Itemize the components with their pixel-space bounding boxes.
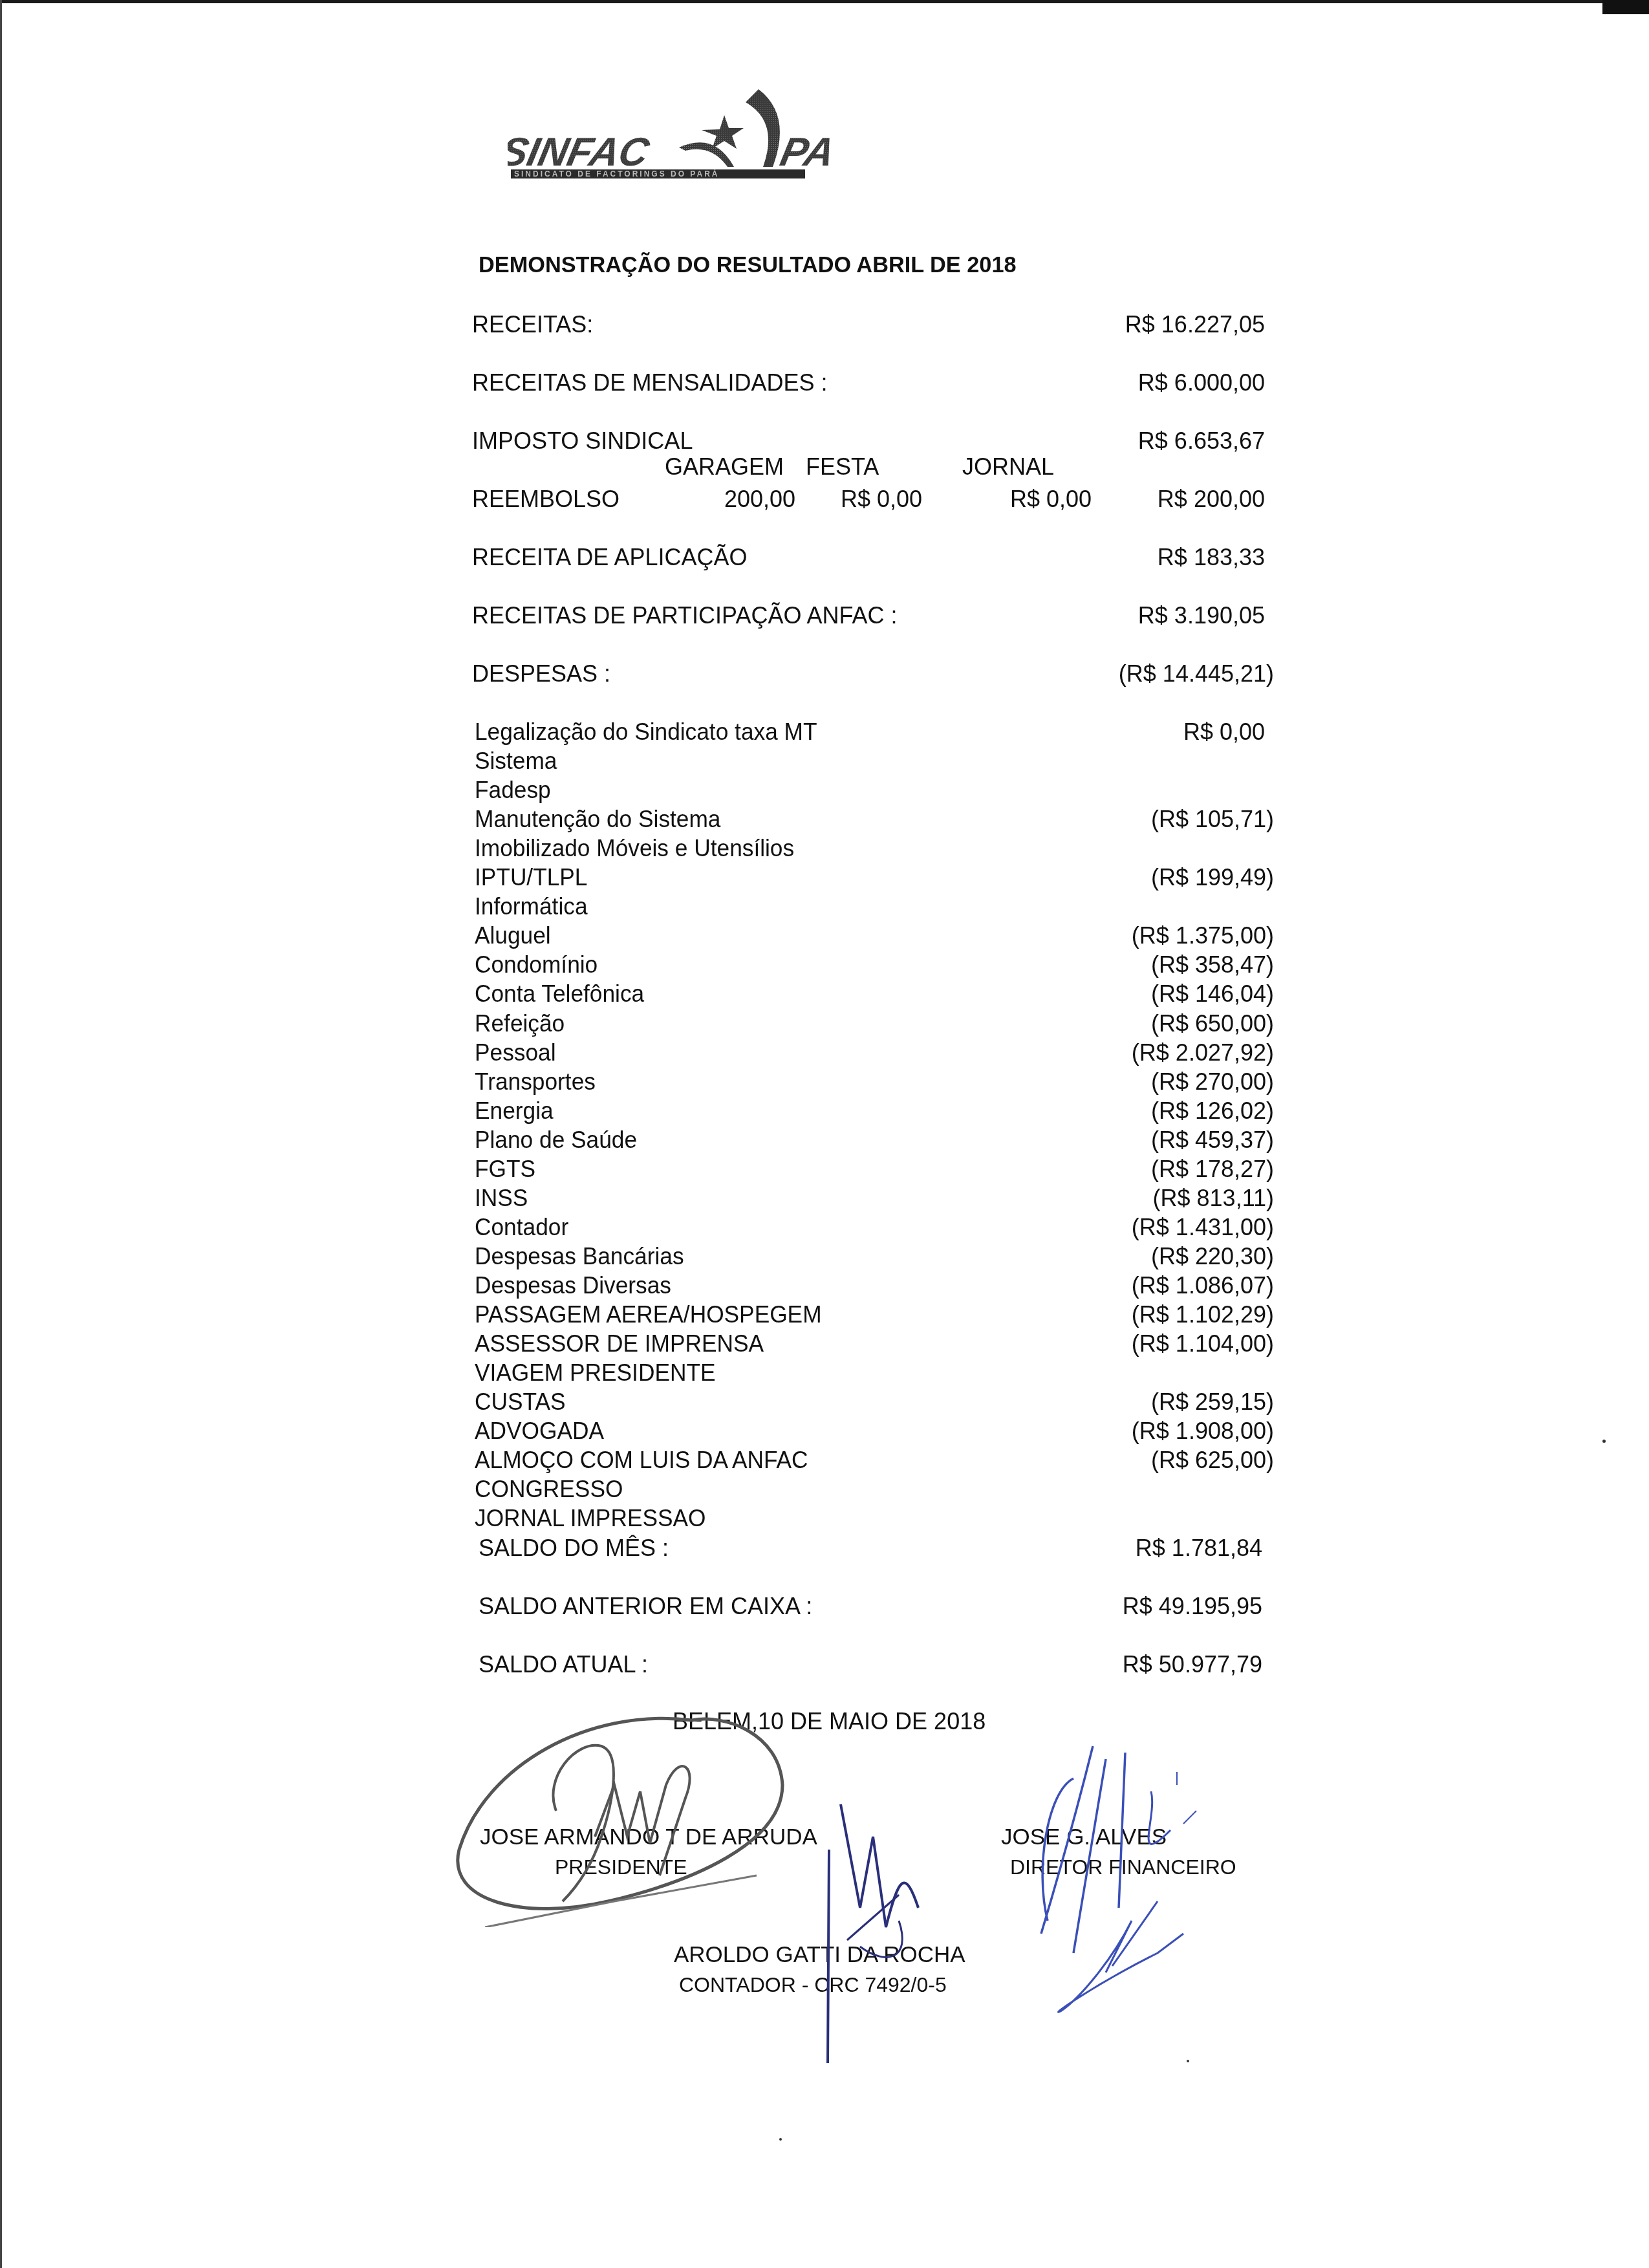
row-label: SALDO ATUAL : (479, 1650, 648, 1679)
expense-value: (R$ 126,02) (1151, 1097, 1274, 1125)
accountant-name: AROLDO GATTI DA ROCHA (674, 1941, 965, 1969)
expense-label: Fadesp (475, 776, 551, 805)
logo-suffix: PA (777, 130, 839, 175)
expense-value: (R$ 146,04) (1151, 980, 1274, 1008)
row-value: R$ 16.227,05 (1125, 310, 1265, 339)
expense-value: (R$ 1.086,07) (1132, 1271, 1274, 1300)
expense-label: IPTU/TLPL (475, 863, 588, 892)
expense-row: IPTU/TLPL(R$ 199,49) (475, 863, 1277, 892)
expense-row: Pessoal(R$ 2.027,92) (475, 1039, 1277, 1067)
expense-label: Despesas Bancárias (475, 1242, 684, 1271)
expense-row: ASSESSOR DE IMPRENSA(R$ 1.104,00) (475, 1330, 1277, 1358)
expense-label: Transportes (475, 1068, 596, 1096)
president-role: PRESIDENTE (555, 1853, 687, 1881)
scan-edge-corner (1602, 0, 1649, 14)
expense-label: Refeição (475, 1010, 565, 1038)
expense-row: Manutenção do Sistema(R$ 105,71) (475, 805, 1277, 834)
row-label: DESPESAS : (472, 660, 610, 688)
scan-edge-top (0, 0, 1649, 3)
expense-value: (R$ 178,27) (1151, 1155, 1274, 1183)
expense-row: Energia(R$ 126,02) (475, 1097, 1277, 1125)
financial-director-name: JOSE G. ALVES (1001, 1824, 1167, 1851)
row-label: SALDO DO MÊS : (479, 1534, 669, 1562)
row-value: R$ 200,00 (1158, 485, 1265, 513)
logo-wordmark: SINFAC (508, 130, 653, 175)
place-date: BELEM,10 DE MAIO DE 2018 (673, 1707, 986, 1736)
row-value: R$ 6.000,00 (1138, 369, 1265, 397)
expense-value: (R$ 259,15) (1151, 1388, 1274, 1416)
expense-row: ALMOÇO COM LUIS DA ANFAC(R$ 625,00) (475, 1446, 1277, 1474)
accountant-signature (821, 1798, 925, 2069)
expense-row: Informática (475, 892, 1277, 921)
row-label: RECEITAS DE MENSALIDADES : (472, 369, 827, 397)
expense-value: (R$ 813,11) (1153, 1184, 1274, 1213)
receitas-anfac-row: RECEITAS DE PARTICIPAÇÃO ANFAC : R$ 3.19… (472, 601, 1274, 630)
expense-value: (R$ 1.908,00) (1132, 1417, 1274, 1445)
expense-row: Plano de Saúde(R$ 459,37) (475, 1126, 1277, 1154)
expense-label: PASSAGEM AEREA/HOSPEGEM (475, 1301, 822, 1329)
expense-label: Informática (475, 892, 588, 921)
expense-label: FGTS (475, 1155, 535, 1183)
expense-label: ADVOGADA (475, 1417, 604, 1445)
expense-value: (R$ 270,00) (1151, 1068, 1274, 1096)
sinfac-logo: SINFAC PA SINDICATO DE FACTORINGS DO PAR… (508, 76, 934, 186)
expense-label: Aluguel (475, 922, 551, 950)
accountant-role: CONTADOR - CRC 7492/0-5 (679, 1971, 947, 1998)
expense-row: INSS(R$ 813,11) (475, 1184, 1277, 1213)
expense-row: CONGRESSO (475, 1475, 1277, 1504)
expense-row: VIAGEM PRESIDENTE (475, 1359, 1277, 1387)
subheader-garagem: GARAGEM (665, 453, 784, 481)
expense-row: Refeição(R$ 650,00) (475, 1010, 1277, 1038)
row-label: IMPOSTO SINDICAL (472, 427, 693, 455)
reembolso-garagem-value: 200,00 (724, 485, 795, 513)
reembolso-jornal-value: R$ 0,00 (1010, 485, 1092, 513)
expense-value: (R$ 358,47) (1151, 951, 1274, 979)
subheader-jornal: JORNAL (962, 453, 1054, 481)
saldo-mes-row: SALDO DO MÊS : R$ 1.781,84 (479, 1534, 1271, 1562)
receita-aplicacao-row: RECEITA DE APLICAÇÃO R$ 183,33 (472, 543, 1274, 572)
expense-row: PASSAGEM AEREA/HOSPEGEM(R$ 1.102,29) (475, 1301, 1277, 1329)
financial-director-signature (964, 1740, 1209, 2037)
expense-label: INSS (475, 1184, 528, 1213)
expense-row: CUSTAS(R$ 259,15) (475, 1388, 1277, 1416)
expense-label: Energia (475, 1097, 554, 1125)
saldo-anterior-row: SALDO ANTERIOR EM CAIXA : R$ 49.195,95 (479, 1592, 1271, 1621)
row-label: SALDO ANTERIOR EM CAIXA : (479, 1592, 812, 1621)
expense-label: Contador (475, 1213, 568, 1242)
scan-speck (1602, 1440, 1606, 1443)
expense-row: Despesas Diversas(R$ 1.086,07) (475, 1271, 1277, 1300)
financial-director-role: DIRETOR FINANCEIRO (1010, 1853, 1236, 1881)
expense-value: (R$ 105,71) (1151, 805, 1274, 834)
expense-row: ADVOGADA(R$ 1.908,00) (475, 1417, 1277, 1445)
president-signature (446, 1707, 808, 1927)
expense-row: Transportes(R$ 270,00) (475, 1068, 1277, 1096)
expense-label: Manutenção do Sistema (475, 805, 720, 834)
row-label: REEMBOLSO (472, 485, 620, 513)
expense-label: CONGRESSO (475, 1475, 623, 1504)
expense-value: (R$ 220,30) (1151, 1242, 1274, 1271)
expense-label: ALMOÇO COM LUIS DA ANFAC (475, 1446, 808, 1474)
row-value: R$ 49.195,95 (1123, 1592, 1262, 1621)
expense-value: (R$ 650,00) (1151, 1010, 1274, 1038)
row-label: RECEITAS DE PARTICIPAÇÃO ANFAC : (472, 601, 897, 630)
imposto-sindical-row: IMPOSTO SINDICAL R$ 6.653,67 (472, 427, 1274, 455)
expense-row: Condomínio(R$ 358,47) (475, 951, 1277, 979)
row-value: R$ 183,33 (1158, 543, 1265, 572)
expense-label: Despesas Diversas (475, 1271, 671, 1300)
expense-row: JORNAL IMPRESSAO (475, 1504, 1277, 1533)
expense-row: Legalização do Sindicato taxa MTR$ 0,00 (475, 718, 1277, 746)
president-name: JOSE ARMANDO T DE ARRUDA (480, 1824, 817, 1851)
expense-value: (R$ 2.027,92) (1132, 1039, 1274, 1067)
expense-row: Despesas Bancárias(R$ 220,30) (475, 1242, 1277, 1271)
despesas-total-row: DESPESAS : (R$ 14.445,21) (472, 660, 1274, 688)
expense-label: Pessoal (475, 1039, 556, 1067)
receitas-mensalidades-row: RECEITAS DE MENSALIDADES : R$ 6.000,00 (472, 369, 1274, 397)
expense-row: Conta Telefônica(R$ 146,04) (475, 980, 1277, 1008)
saldo-atual-row: SALDO ATUAL : R$ 50.977,79 (479, 1650, 1271, 1679)
expense-row: Sistema (475, 747, 1277, 775)
reembolso-row: REEMBOLSO 200,00 R$ 0,00 R$ 0,00 R$ 200,… (472, 485, 1274, 513)
scan-edge-left (0, 0, 2, 2268)
expense-row: FGTS(R$ 178,27) (475, 1155, 1277, 1183)
receitas-total-row: RECEITAS: R$ 16.227,05 (472, 310, 1274, 339)
row-value: R$ 3.190,05 (1138, 601, 1265, 630)
scan-speck (1187, 2060, 1189, 2062)
expense-value: (R$ 1.431,00) (1132, 1213, 1274, 1242)
expense-value: (R$ 625,00) (1151, 1446, 1274, 1474)
expense-label: JORNAL IMPRESSAO (475, 1504, 706, 1533)
document-title: DEMONSTRAÇÃO DO RESULTADO ABRIL DE 2018 (479, 252, 1017, 278)
expense-value: (R$ 1.102,29) (1132, 1301, 1274, 1329)
expense-label: ASSESSOR DE IMPRENSA (475, 1330, 764, 1358)
logo-tagline: SINDICATO DE FACTORINGS DO PARÁ (514, 169, 719, 178)
expense-label: Plano de Saúde (475, 1126, 637, 1154)
scan-speck (779, 2138, 782, 2141)
row-label: RECEITAS: (472, 310, 593, 339)
expense-label: Condomínio (475, 951, 598, 979)
expense-value: (R$ 459,37) (1151, 1126, 1274, 1154)
expense-value: (R$ 1.104,00) (1132, 1330, 1274, 1358)
subheader-festa: FESTA (806, 453, 879, 481)
expense-label: CUSTAS (475, 1388, 565, 1416)
expense-row: Aluguel(R$ 1.375,00) (475, 922, 1277, 950)
row-value: R$ 50.977,79 (1123, 1650, 1262, 1679)
reembolso-festa-value: R$ 0,00 (841, 485, 922, 513)
expense-label: Imobilizado Móveis e Utensílios (475, 834, 794, 863)
row-label: RECEITA DE APLICAÇÃO (472, 543, 747, 572)
expense-row: Fadesp (475, 776, 1277, 805)
expense-label: Conta Telefônica (475, 980, 644, 1008)
expense-row: Imobilizado Móveis e Utensílios (475, 834, 1277, 863)
expense-value: (R$ 1.375,00) (1132, 922, 1274, 950)
expense-value: (R$ 199,49) (1151, 863, 1274, 892)
expense-value: R$ 0,00 (1183, 718, 1265, 746)
row-value: R$ 1.781,84 (1136, 1534, 1262, 1562)
star-and-crescent-icon: SINFAC PA SINDICATO DE FACTORINGS DO PAR… (508, 76, 934, 186)
row-value: R$ 6.653,67 (1138, 427, 1265, 455)
expense-row: Contador(R$ 1.431,00) (475, 1213, 1277, 1242)
expense-label: Legalização do Sindicato taxa MT (475, 718, 817, 746)
expense-label: VIAGEM PRESIDENTE (475, 1359, 715, 1387)
row-value: (R$ 14.445,21) (1119, 660, 1274, 688)
expense-label: Sistema (475, 747, 557, 775)
